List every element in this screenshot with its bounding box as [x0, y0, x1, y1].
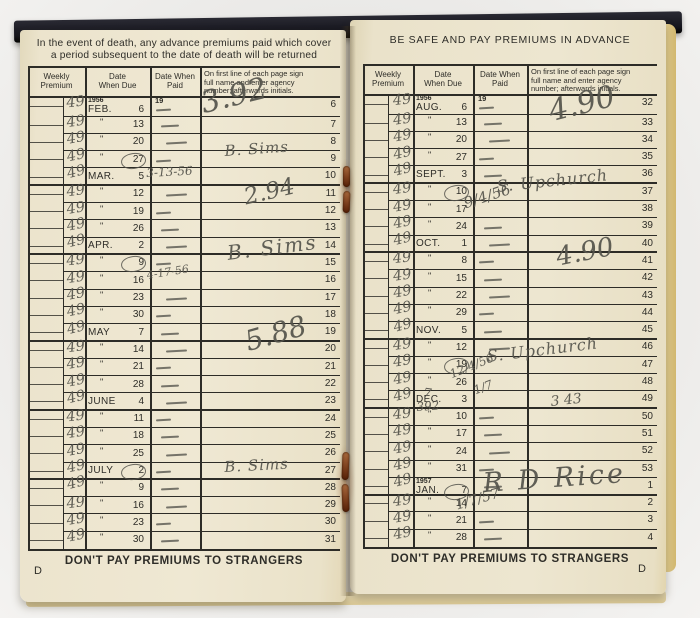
- due-day: 13: [413, 118, 467, 129]
- row-number: 30: [200, 517, 336, 528]
- row-rule: [63, 289, 340, 290]
- footer-warning: DON'T PAY PREMIUMS TO STRANGERS: [28, 555, 340, 567]
- stub-row-rule: [28, 540, 63, 541]
- stub-row-rule: [363, 503, 388, 504]
- row-number: 23: [200, 396, 336, 407]
- stub-row-rule: [28, 401, 63, 402]
- row-number: 7: [200, 120, 336, 131]
- row-rule: [63, 150, 340, 151]
- stub-row-rule: [363, 330, 388, 331]
- paid-dash-mark: [484, 330, 502, 333]
- row-rule: [388, 165, 657, 166]
- stub-row-rule: [28, 177, 63, 178]
- stub-row-rule: [363, 313, 388, 314]
- staple-icon: [343, 166, 350, 187]
- page-note-line: BE SAFE AND PAY PREMIUMS IN ADVANCE: [363, 35, 657, 46]
- due-day: 24: [413, 222, 467, 233]
- stub-row-rule: [363, 157, 388, 158]
- stub-row-rule: [28, 419, 63, 420]
- stub-row-rule: [363, 209, 388, 210]
- row-rule: [63, 116, 340, 117]
- column-divider: [473, 64, 475, 547]
- paid-dash-mark: [156, 315, 171, 318]
- due-day: 24: [413, 447, 467, 458]
- due-day: 26: [85, 224, 144, 235]
- paid-dash-mark: [479, 107, 494, 110]
- paid-dash-mark: [484, 434, 502, 437]
- handwriting-annotation: 1/7: [472, 378, 494, 396]
- page-note-line: In the event of death, any advance premi…: [28, 39, 340, 50]
- stub-row-rule: [363, 521, 388, 522]
- row-rule: [63, 133, 340, 134]
- due-day: 9: [85, 483, 144, 494]
- row-number: 48: [527, 377, 653, 388]
- scanned-premium-book: { "document_type": "premium receipt book…: [0, 0, 700, 618]
- corner-letter: D: [638, 564, 646, 576]
- premium: Premium: [363, 80, 413, 88]
- stub-row-rule: [363, 382, 388, 383]
- paid-dash-mark: [479, 261, 494, 264]
- paid: Paid: [473, 80, 527, 88]
- paid-dash-mark: [166, 194, 187, 197]
- row-rule: [63, 513, 340, 514]
- stub-row-rule: [28, 350, 63, 351]
- due-day: 4: [85, 397, 144, 408]
- due-day: 16: [85, 276, 144, 287]
- due-day: 17: [413, 429, 467, 440]
- paid-dash-mark: [166, 453, 187, 456]
- due-day: 15: [413, 274, 467, 285]
- stub-row-rule: [363, 104, 388, 105]
- paid-dash-mark: [479, 520, 494, 523]
- due-day: 18: [85, 431, 144, 442]
- due-day: 7: [85, 328, 144, 339]
- stub-row-rule: [363, 244, 388, 245]
- row-rule: [388, 321, 657, 322]
- row-rule: [63, 444, 340, 445]
- due-day: 30: [85, 310, 144, 321]
- row-number: 50: [527, 412, 653, 423]
- paid-dash-mark: [161, 332, 179, 335]
- row-rule: [63, 271, 340, 272]
- due-day: 11: [85, 414, 144, 425]
- stub-row-rule: [363, 296, 388, 297]
- sign-instructions-line: On first line of each page sign: [204, 70, 338, 78]
- paid-dash-mark: [156, 471, 171, 474]
- due-day: 26: [413, 378, 467, 389]
- row-number: 39: [527, 221, 653, 232]
- stub-row-rule: [28, 436, 63, 437]
- stub-row-rule: [363, 469, 388, 470]
- row-rule: [63, 306, 340, 307]
- row-number: 31: [200, 535, 336, 546]
- row-number: 38: [527, 204, 653, 215]
- row-number: 21: [200, 362, 336, 373]
- paid-dash-mark: [156, 367, 171, 370]
- due-day: 12: [85, 189, 144, 200]
- row-number: 35: [527, 152, 653, 163]
- corner-letter: D: [34, 566, 42, 578]
- due-day: 28: [413, 533, 467, 544]
- stub-row-rule: [28, 471, 63, 472]
- row-rule: [63, 219, 340, 220]
- paid-dash-mark: [156, 211, 171, 214]
- row-number: 3: [527, 515, 653, 526]
- row-number: 52: [527, 446, 653, 457]
- row-number: 42: [527, 273, 653, 284]
- paid-dash-mark: [161, 125, 179, 128]
- row-rule: [388, 373, 657, 374]
- paid-dash-mark: [479, 313, 494, 316]
- paid-year-prefix: 19: [155, 97, 163, 105]
- due-day: 12: [413, 343, 467, 354]
- stub-row-rule: [363, 348, 388, 349]
- due-day: 6: [85, 105, 144, 116]
- row-number: 2: [527, 498, 653, 509]
- due-day: 23: [85, 293, 144, 304]
- stub-row-rule: [363, 434, 388, 435]
- row-rule: [63, 202, 340, 203]
- due-day: 29: [413, 308, 467, 319]
- paid-dash-mark: [166, 142, 187, 145]
- row-rule: [63, 392, 340, 393]
- stub-row-rule: [28, 211, 63, 212]
- row-number: 47: [527, 360, 653, 371]
- row-number: 28: [200, 483, 336, 494]
- row-rule: [388, 200, 657, 201]
- premium: Premium: [28, 82, 85, 90]
- row-number: 16: [200, 275, 336, 286]
- due-day: 21: [413, 516, 467, 527]
- row-number: 4: [527, 533, 653, 544]
- row-number: 25: [200, 431, 336, 442]
- due-day: 22: [413, 291, 467, 302]
- stub-row-rule: [28, 159, 63, 160]
- due: When Due: [85, 82, 150, 90]
- table-top-rule: [28, 66, 340, 68]
- paid-dash-mark: [484, 123, 502, 126]
- stub-row-rule: [28, 488, 63, 489]
- paid-dash-mark: [489, 140, 510, 143]
- row-rule: [388, 235, 657, 236]
- paid-dash-mark: [161, 384, 179, 387]
- paid-dash-mark: [156, 419, 171, 422]
- table-top-rule: [363, 64, 657, 66]
- paid-dash-mark: [156, 159, 171, 162]
- row-rule: [63, 427, 340, 428]
- due-day: 6: [413, 103, 467, 114]
- stub-row-rule: [28, 332, 63, 333]
- due-day: 17: [413, 205, 467, 216]
- due-day: 30: [85, 535, 144, 546]
- row-number: 12: [200, 206, 336, 217]
- stub-row-rule: [363, 451, 388, 452]
- due-day: 16: [85, 501, 144, 512]
- stub-row-rule: [28, 505, 63, 506]
- paid-dash-mark: [489, 244, 510, 247]
- paid-dash-mark: [166, 401, 187, 404]
- stub-row-rule: [28, 367, 63, 368]
- handwriting-annotation: R D Rice: [482, 460, 627, 497]
- paid-dash-mark: [161, 228, 179, 231]
- stub-row-rule: [363, 123, 388, 124]
- due-day: 27: [413, 153, 467, 164]
- due-day: 5: [85, 172, 144, 183]
- paid-dash-mark: [156, 109, 171, 112]
- row-number: 44: [527, 308, 653, 319]
- right-page: BE SAFE AND PAY PREMIUMS IN ADVANCEWeekl…: [350, 20, 666, 594]
- staple-icon: [343, 191, 351, 213]
- due-day: 14: [85, 345, 144, 356]
- row-number: 51: [527, 429, 653, 440]
- stub-row-rule: [363, 399, 388, 400]
- due-day: 25: [85, 449, 144, 460]
- due-day: 5: [413, 326, 467, 337]
- due-day: 8: [413, 256, 467, 267]
- row-number: 22: [200, 379, 336, 390]
- footer-warning: DON'T PAY PREMIUMS TO STRANGERS: [363, 553, 657, 565]
- stub-row-rule: [28, 246, 63, 247]
- stub-row-rule: [28, 106, 63, 107]
- stub-row-rule: [28, 298, 63, 299]
- row-rule: [388, 148, 657, 149]
- due-day: 28: [85, 380, 144, 391]
- row-number: 49: [527, 394, 653, 405]
- column-divider: [150, 66, 152, 549]
- row-rule: [63, 358, 340, 359]
- paid-dash-mark: [489, 451, 510, 454]
- row-number: 34: [527, 135, 653, 146]
- stub-row-rule: [363, 486, 388, 487]
- paid-dash-mark: [166, 246, 187, 249]
- due-day: 20: [413, 135, 467, 146]
- due-day: 13: [85, 120, 144, 131]
- row-rule: [63, 462, 340, 463]
- paid-dash-mark: [479, 157, 494, 160]
- paid-dash-mark: [166, 505, 187, 508]
- paid-dash-mark: [484, 538, 502, 541]
- stub-row-rule: [28, 280, 63, 281]
- row-rule: [63, 496, 340, 497]
- paid-dash-mark: [484, 278, 502, 281]
- paid-dash-mark: [489, 295, 510, 298]
- stub-row-rule: [363, 538, 388, 539]
- paid-dash-mark: [484, 226, 502, 229]
- due-day: 20: [85, 137, 144, 148]
- handwriting-annotation: 4-17-56: [146, 263, 190, 281]
- stub-row-rule: [28, 194, 63, 195]
- paid-year-prefix: 19: [478, 95, 486, 103]
- stub-row-rule: [363, 140, 388, 141]
- due-day: 19: [85, 207, 144, 218]
- row-rule: [63, 375, 340, 376]
- staple-icon: [342, 452, 350, 480]
- row-rule: [63, 531, 340, 532]
- stub-row-rule: [363, 192, 388, 193]
- handwriting-annotation: B. Sims: [224, 139, 289, 158]
- paid: Paid: [150, 82, 200, 90]
- due-day: 2: [85, 241, 144, 252]
- stub-row-rule: [28, 453, 63, 454]
- due-day: 1: [413, 239, 467, 250]
- paid-dash-mark: [161, 540, 179, 543]
- stub-row-rule: [28, 228, 63, 229]
- stub-row-rule: [28, 142, 63, 143]
- stub-row-rule: [363, 175, 388, 176]
- table-bottom-rule: [363, 547, 657, 550]
- due-day: 23: [85, 518, 144, 529]
- paid-dash-mark: [479, 417, 494, 420]
- page-note-line: a period subsequent to the date of death…: [28, 51, 340, 62]
- paid-dash-mark: [161, 488, 179, 491]
- due: When Due: [413, 80, 473, 88]
- row-number: 24: [200, 414, 336, 425]
- stub-row-rule: [28, 315, 63, 316]
- staple-icon: [342, 484, 350, 512]
- stub-row-rule: [28, 384, 63, 385]
- handwriting-annotation: 3 43: [550, 392, 582, 409]
- handwriting-annotation: 3-13-56: [146, 165, 193, 179]
- table-bottom-rule: [28, 549, 340, 552]
- handwriting-annotation: 392: [416, 399, 440, 413]
- due-day: 3: [413, 170, 467, 181]
- stub-row-rule: [28, 263, 63, 264]
- stub-row-rule: [28, 125, 63, 126]
- stub-row-rule: [363, 226, 388, 227]
- row-rule: [63, 167, 340, 168]
- left-page: In the event of death, any advance premi…: [20, 30, 346, 602]
- row-number: 29: [200, 500, 336, 511]
- row-number: 17: [200, 293, 336, 304]
- sign-instructions-line: On first line of each page sign: [531, 68, 655, 76]
- handwriting-annotation: B. Sims: [224, 457, 289, 475]
- paid-dash-mark: [166, 297, 187, 300]
- paid-dash-mark: [166, 349, 187, 352]
- handwriting-annotation: 9/4/56: [462, 182, 513, 211]
- column-divider: [28, 66, 30, 549]
- stub-row-rule: [363, 261, 388, 262]
- due-day: 21: [85, 362, 144, 373]
- stub-row-rule: [363, 278, 388, 279]
- column-divider: [363, 64, 365, 547]
- stub-row-rule: [363, 365, 388, 366]
- paid-dash-mark: [161, 436, 179, 439]
- stub-row-rule: [363, 417, 388, 418]
- due-day: 31: [413, 464, 467, 475]
- row-number: 43: [527, 291, 653, 302]
- stub-row-rule: [28, 523, 63, 524]
- paid-dash-mark: [156, 522, 171, 525]
